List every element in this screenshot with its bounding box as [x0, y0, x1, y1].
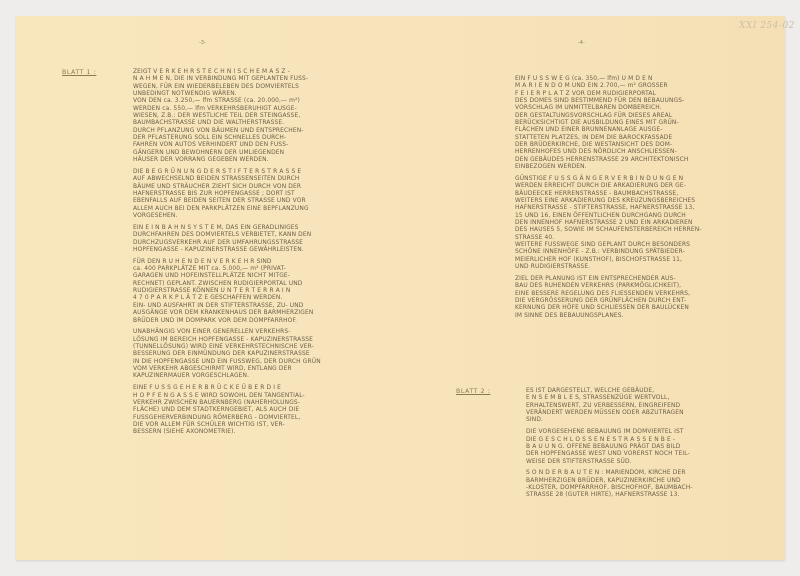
page-number-right: -4- [578, 40, 585, 46]
paragraph-parking: FÜR DEN R U H E N D E N V E R K E H R SI… [133, 259, 368, 325]
paragraph-traffic-measures: ZEIGT V E R K E H R S T E C H N I S C H … [133, 69, 368, 164]
blatt-2-label: BLATT 2 : [456, 388, 490, 395]
blatt-1-label: BLATT 1 : [62, 69, 96, 76]
paragraph-one-way-system: EIN E I N B A H N S Y S T E M, DAS EIN G… [133, 225, 368, 254]
catalog-number: XXI 254-02 [739, 21, 795, 31]
paragraph-pedestrian-connections: GÜNSTIGE F U S S G Ä N G E R V E R B I N… [515, 176, 780, 271]
left-page-body: ZEIGT V E R K E H R S T E C H N I S C H … [133, 69, 368, 441]
paragraph-planning-goal: ZIEL DER PLANUNG IST EIN ENTSPRECHENDER … [515, 276, 780, 320]
blatt-2-body: ES IST DARGESTELLT, WELCHE GEBÄUDE, E N … [526, 388, 786, 504]
paragraph-special-buildings: S O N D E R B A U T E N : MARIENDOM, KIR… [526, 470, 786, 499]
paragraph-buildings-shown: ES IST DARGESTELLT, WELCHE GEBÄUDE, E N … [526, 388, 786, 425]
page-number-left: -3- [199, 40, 206, 46]
paragraph-tunnel-solution: UNABHÄNGIG VON EINER GENERELLEN VERKEHRS… [133, 329, 368, 380]
paragraph-footpath-cathedral: EIN F U S S W E G (ca. 350,— lfm) U M D … [515, 76, 780, 171]
paragraph-greening: DIE B E G R Ü N U N G D E R S T I F T E … [133, 169, 368, 220]
paragraph-footbridge: EINE F U S S G E H E R B R Ü C K E Ü B E… [133, 385, 368, 436]
paragraph-closed-development: DIE VORGESEHENE BEBAUUNG IM DOMVIERTEL I… [526, 429, 786, 466]
right-page-body: EIN F U S S W E G (ca. 350,— lfm) U M D … [515, 76, 780, 325]
